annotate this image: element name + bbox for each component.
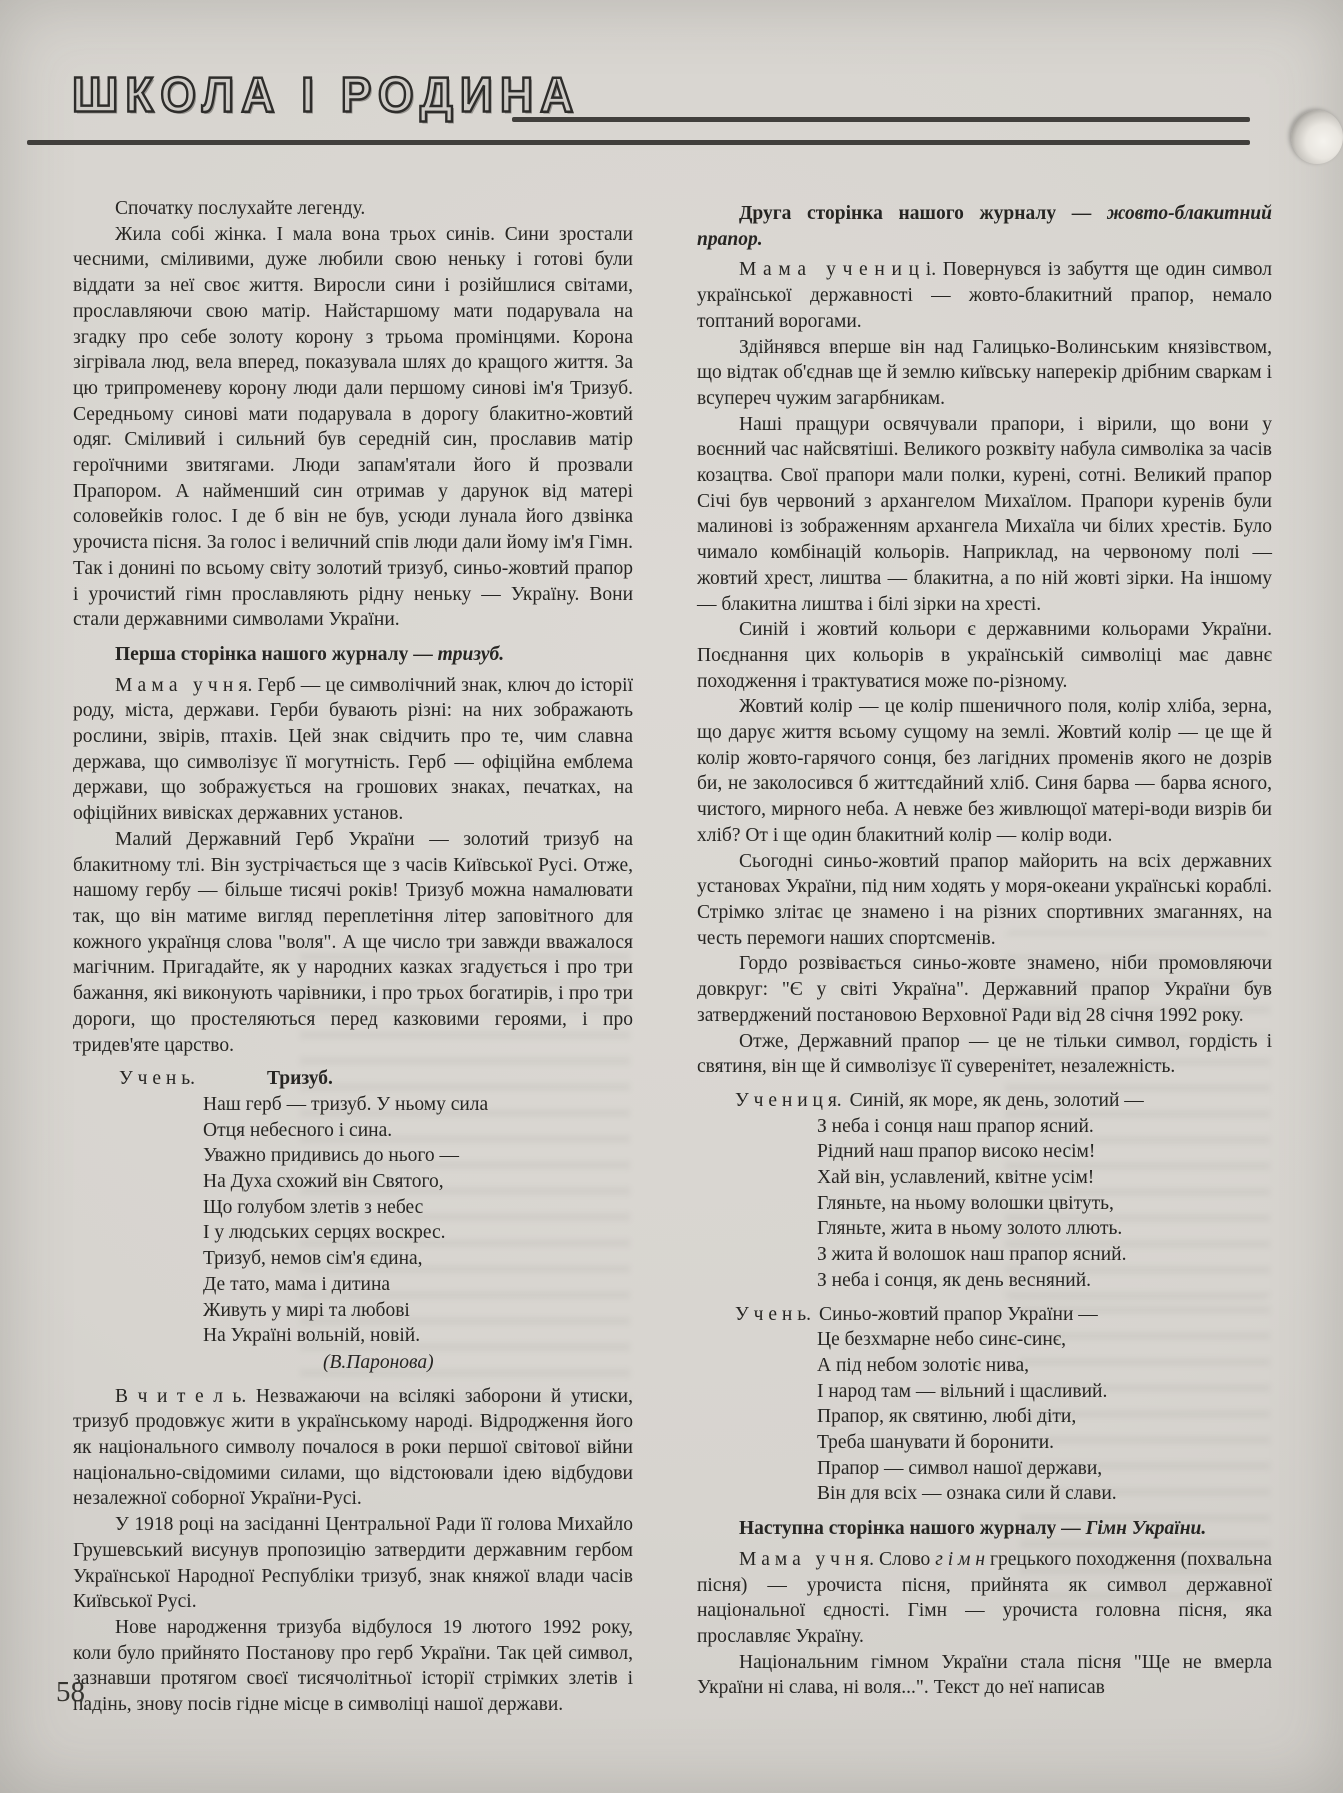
poem-line: З неба і сонця наш прапор ясний. <box>817 1114 1272 1140</box>
poem-body: Це безхмарне небо синє-синє, А під небом… <box>817 1327 1272 1507</box>
poem-line: Він для всіх — ознака сили й слави. <box>817 1481 1272 1507</box>
speaker-label: М а м а у ч е н и ц і. <box>739 259 936 280</box>
poem-line: З неба і сонця, як день весняний. <box>817 1268 1272 1294</box>
paragraph-herb: Малий Державний Герб України — золотий т… <box>73 827 633 1058</box>
speaker-label: У ч е н ь. <box>119 1068 195 1089</box>
speaker-label: М а м а у ч н я. <box>739 1549 874 1570</box>
header-rule-bottom <box>27 140 1250 145</box>
poem-flag-boy: У ч е н ь.Синьо-жовтий прапор України — … <box>697 1302 1272 1508</box>
paragraph-legend: Жила собі жінка. І мала вона трьох синів… <box>73 222 633 633</box>
paragraph-vchytel: В ч и т е л ь. Незважаючи на всілякі заб… <box>73 1384 633 1513</box>
paragraph-today: Сьогодні синьо-жовтий прапор майорить на… <box>697 849 1272 952</box>
poem-line: Гляньте, жита в ньому золото ллють. <box>817 1216 1272 1242</box>
poem-line: Синьо-жовтий прапор України — <box>819 1304 1098 1325</box>
poem-header: У ч е н ь.Тризуб. <box>119 1066 633 1092</box>
left-column: Спочатку послухайте легенду. Жила собі ж… <box>73 196 633 1718</box>
right-column: Друга сторінка нашого журналу — жовто-бл… <box>697 192 1272 1701</box>
header-rule-top <box>512 117 1250 122</box>
poem-line: На Україні вольній, новій. <box>203 1323 633 1349</box>
heading-second-page: Друга сторінка нашого журналу — жовто-бл… <box>697 201 1272 252</box>
poem-line: З жита й волошок наш прапор ясний. <box>817 1242 1272 1268</box>
paragraph-proud: Гордо розвівається синьо-жовте знамено, … <box>697 951 1272 1028</box>
paragraph-halych: Здійнявся вперше він над Галицько-Волинс… <box>697 335 1272 412</box>
poem-line: На Духа схожий він Святого, <box>203 1169 633 1195</box>
heading-italic-text: Гімн України. <box>1086 1518 1207 1539</box>
paragraph-reborn: Нове народження тризуба відбулося 19 лют… <box>73 1615 633 1718</box>
poem-tryzub: У ч е н ь.Тризуб. Наш герб — тризуб. У н… <box>73 1066 633 1375</box>
poem-line: Треба шанувати й боронити. <box>817 1430 1272 1456</box>
poem-line: Де тато, мама і дитина <box>203 1272 633 1298</box>
poem-flag-girl: У ч е н и ц я.Синій, як море, як день, з… <box>697 1088 1272 1294</box>
poem-title: Тризуб. <box>267 1068 333 1089</box>
paragraph-yellow: Жовтий колір — це колір пшеничного поля,… <box>697 694 1272 848</box>
poem-header: У ч е н и ц я.Синій, як море, як день, з… <box>735 1088 1272 1114</box>
paragraph-otzhe: Отже, Державний прапор — це не тільки си… <box>697 1029 1272 1080</box>
paragraph-colors: Синій і жовтий кольори є державними коль… <box>697 617 1272 694</box>
term-himn: г і м н <box>935 1549 985 1570</box>
poem-line: І у людських серцях воскрес. <box>203 1220 633 1246</box>
heading-bold-text: Перша сторінка нашого журналу — <box>115 644 438 665</box>
poem-line: Прапор — символ нашої держави, <box>817 1456 1272 1482</box>
poem-line: Хай він, уславлений, квітне усім! <box>817 1165 1272 1191</box>
poem-line: Синій, як море, як день, золотий — <box>850 1090 1144 1111</box>
speaker-label: У ч е н ь. <box>735 1304 811 1325</box>
poem-line: Уважно придивись до нього — <box>203 1143 633 1169</box>
poem-line: А під небом золотіє нива, <box>817 1353 1272 1379</box>
speaker-label: М а м а у ч н я. <box>115 675 252 696</box>
heading-anthem-page: Наступна сторінка нашого журналу — Гімн … <box>697 1516 1272 1542</box>
speaker-label: В ч и т е л ь. <box>115 1386 246 1407</box>
speech-text: Слово <box>874 1549 935 1570</box>
poem-body: З неба і сонця наш прапор ясний. Рідний … <box>817 1114 1272 1294</box>
heading-bold-text: Друга сторінка нашого журналу — <box>739 203 1107 224</box>
poem-attribution: (В.Паронова) <box>323 1350 633 1376</box>
poem-header: У ч е н ь.Синьо-жовтий прапор України — <box>735 1302 1272 1328</box>
heading-first-page: Перша сторінка нашого журналу — тризуб. <box>73 642 633 668</box>
page-number: 58 <box>56 1676 85 1709</box>
poem-line: Гляньте, на ньому волошки цвітуть, <box>817 1191 1272 1217</box>
paragraph-cossack: Наші пращури освячували прапори, і вірил… <box>697 412 1272 618</box>
paragraph-1918: У 1918 році на засіданні Центральної Рад… <box>73 1512 633 1615</box>
poem-line: Наш герб — тризуб. У ньому сила <box>203 1092 633 1118</box>
magazine-page: ШКОЛА І РОДИНА Спочатку послухайте леген… <box>0 0 1343 1793</box>
poem-line: Живуть у мирі та любові <box>203 1298 633 1324</box>
poem-line: І народ там — вільний і щасливий. <box>817 1379 1272 1405</box>
speech-text: Герб — це символічний знак, ключ до істо… <box>73 675 633 825</box>
poem-body: Наш герб — тризуб. У ньому сила Отця неб… <box>203 1092 633 1349</box>
heading-italic-text: тризуб. <box>438 644 505 665</box>
poem-line: Прапор, як святиню, любі діти, <box>817 1404 1272 1430</box>
speaker-label: У ч е н и ц я. <box>735 1090 842 1111</box>
paragraph-mama-uchenytsi: М а м а у ч е н и ц і. Повернувся із заб… <box>697 257 1272 334</box>
poem-line: Рідний наш прапор високо несім! <box>817 1139 1272 1165</box>
poem-line: Тризуб, немов сім'я єдина, <box>203 1246 633 1272</box>
heading-bold-text: Наступна сторінка нашого журналу — <box>739 1518 1086 1539</box>
paragraph-anthem-song: Національним гімном України стала пісня … <box>697 1650 1272 1701</box>
poem-line: Що голубом злетів з небес <box>203 1195 633 1221</box>
paragraph-himn: М а м а у ч н я. Слово г і м н грецького… <box>697 1547 1272 1650</box>
poem-line: Це безхмарне небо синє-синє, <box>817 1327 1272 1353</box>
poem-line: Отця небесного і сина. <box>203 1118 633 1144</box>
punch-hole <box>1291 110 1343 164</box>
paragraph-mama-uchnia: М а м а у ч н я. Герб — це символічний з… <box>73 673 633 827</box>
section-title: ШКОЛА І РОДИНА <box>72 66 580 123</box>
paragraph-intro: Спочатку послухайте легенду. <box>73 196 633 222</box>
